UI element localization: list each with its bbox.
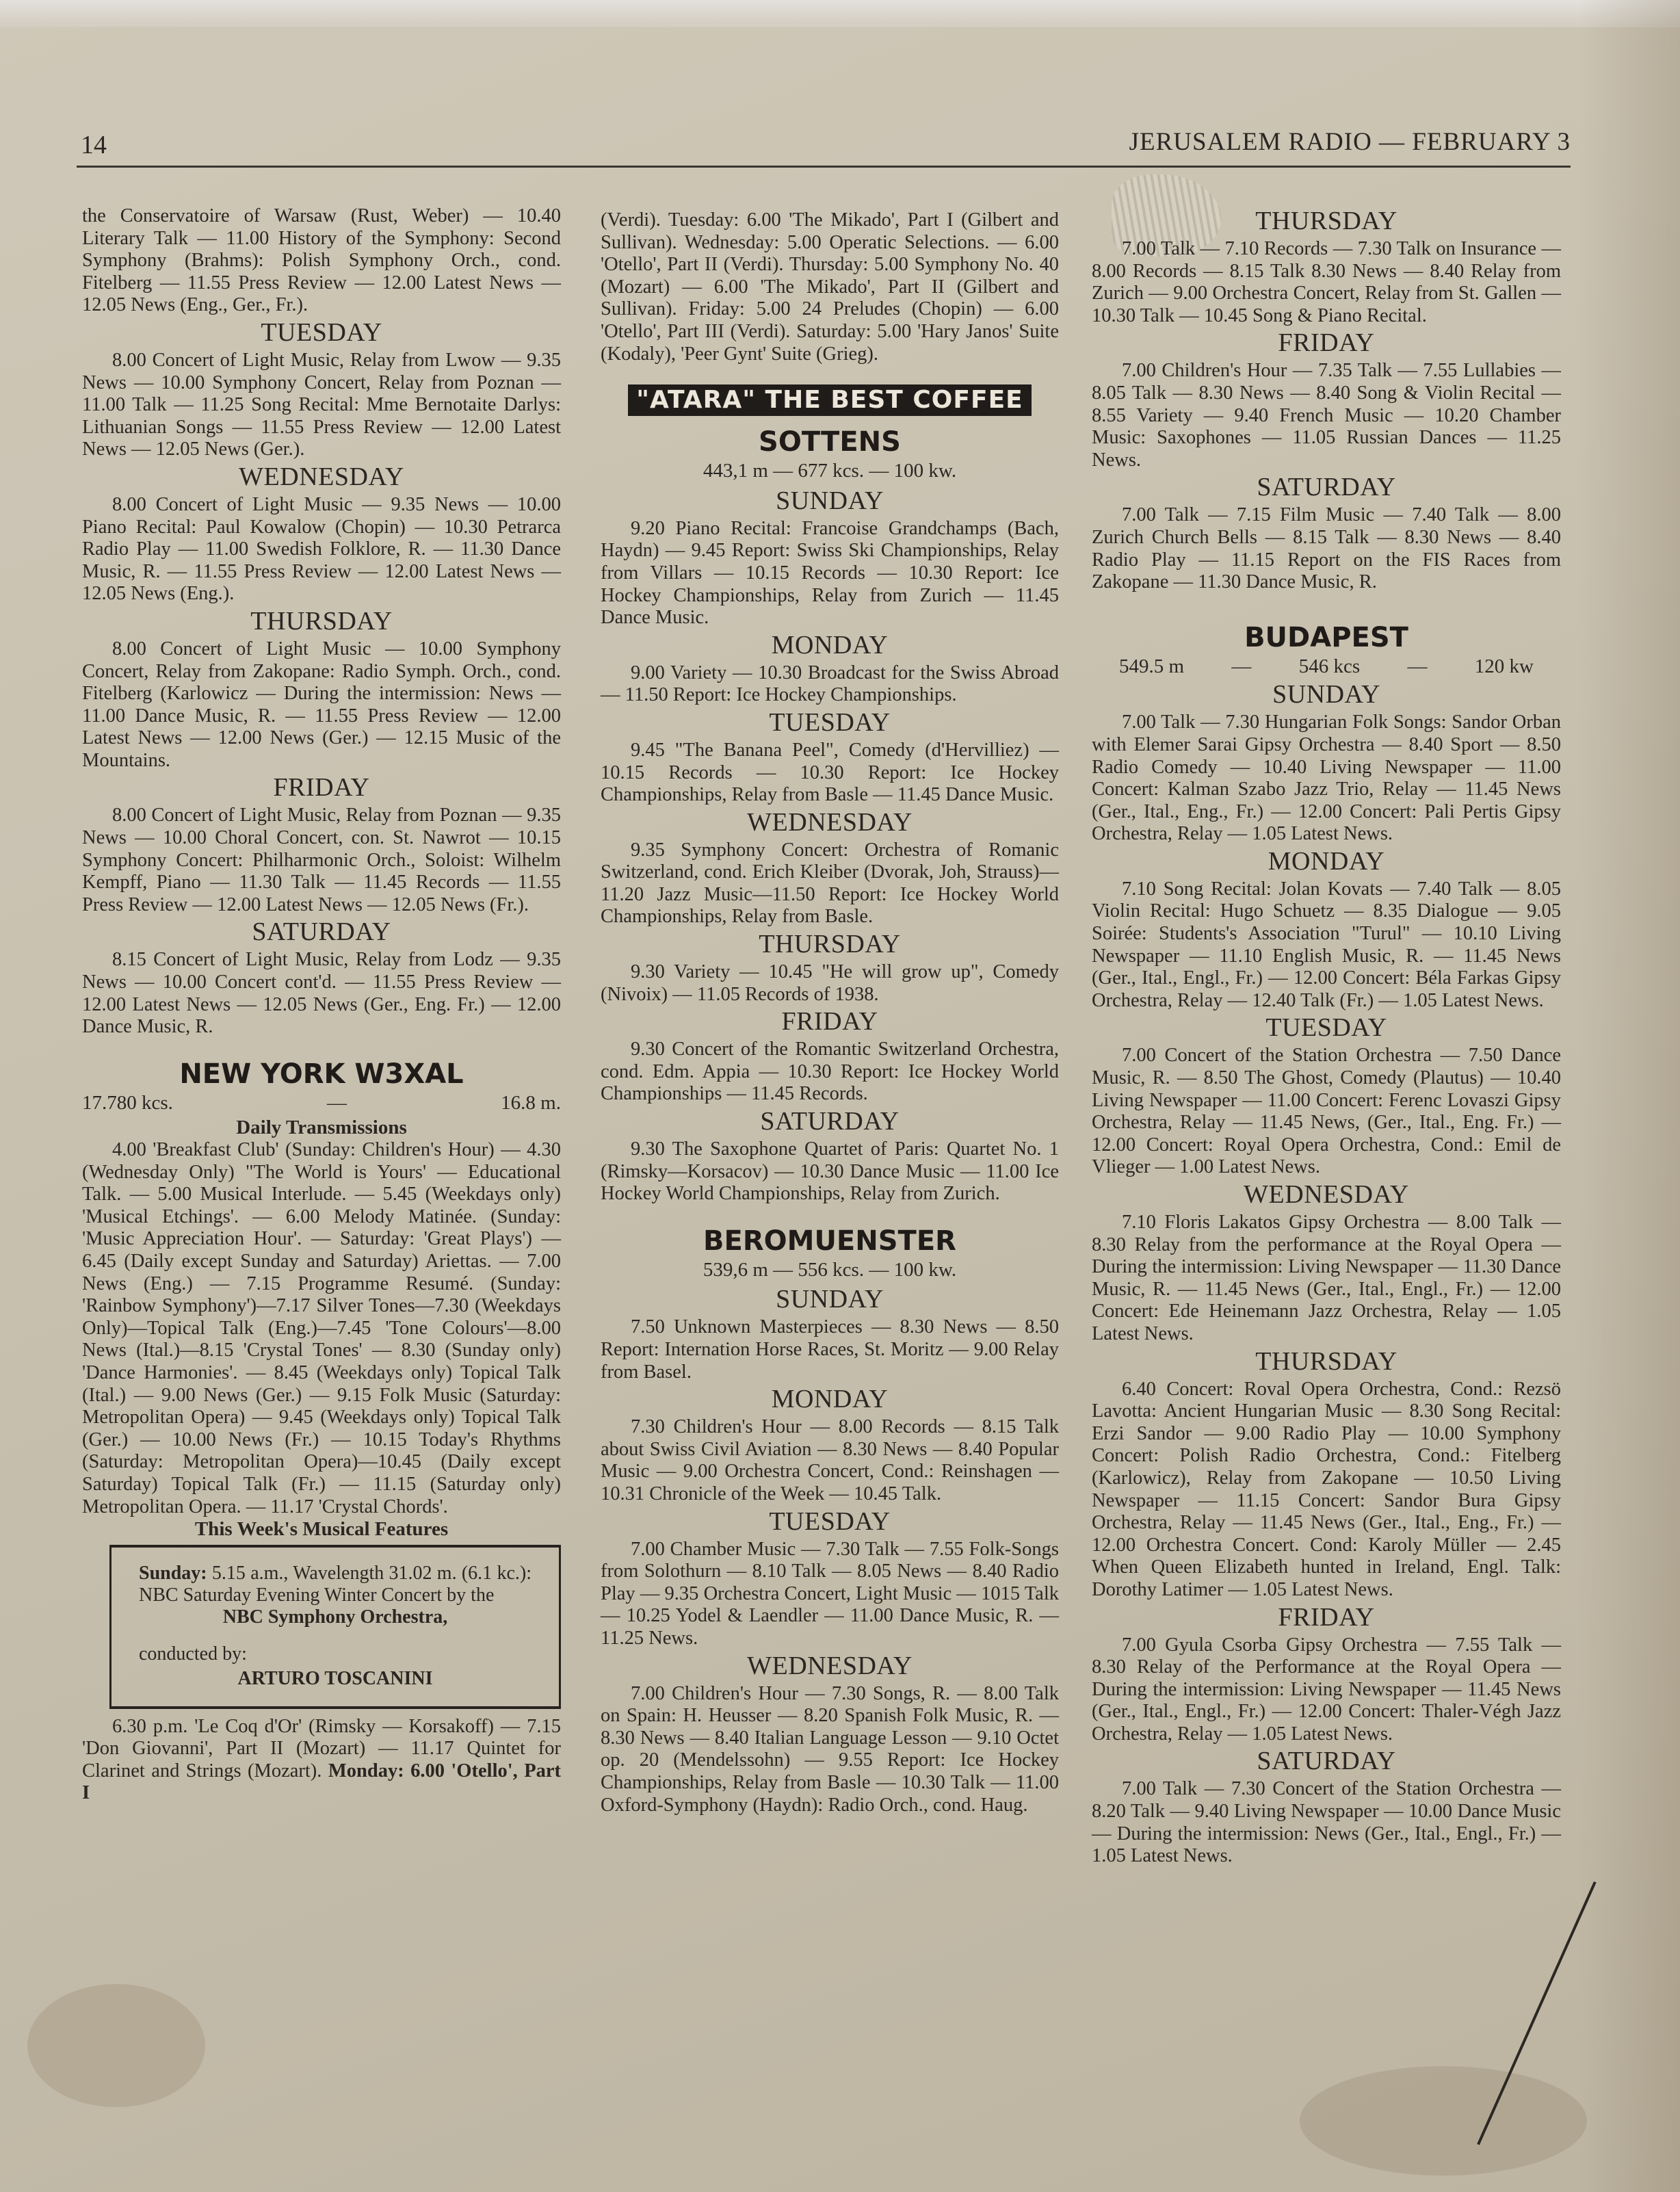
day-schedule: 8.15 Concert of Light Music, Relay from … bbox=[82, 949, 561, 1038]
feature-day-label: Sunday: bbox=[139, 1563, 207, 1584]
day-schedule: 7.00 Concert of the Station Orchestra — … bbox=[1092, 1045, 1561, 1179]
feature-box: Sunday: 5.15 a.m., Wavelength 31.02 m. (… bbox=[109, 1545, 561, 1709]
left-column: the Conservatoire of Warsaw (Rust, Weber… bbox=[82, 205, 561, 1805]
day-heading: SATURDAY bbox=[1092, 1747, 1561, 1775]
day-heading: WEDNESDAY bbox=[1092, 1180, 1561, 1209]
coffee-advertisement: "ATARA" THE BEST COFFEE bbox=[628, 384, 1032, 416]
day-heading: FRIDAY bbox=[601, 1007, 1059, 1036]
paper-stain bbox=[27, 1984, 205, 2107]
middle-column: (Verdi). Tuesday: 6.00 'The Mikado', Par… bbox=[601, 209, 1059, 1816]
day-heading: SUNDAY bbox=[601, 486, 1059, 515]
day-schedule: 7.00 Children's Hour — 7.35 Talk — 7.55 … bbox=[1092, 360, 1561, 471]
day-heading: SATURDAY bbox=[601, 1107, 1059, 1136]
features-continued: 6.30 p.m. 'Le Coq d'Or' (Rimsky — Korsak… bbox=[82, 1716, 561, 1805]
day-schedule: 7.50 Unknown Masterpieces — 8.30 News — … bbox=[601, 1316, 1059, 1383]
feature-conducted-by: conducted by: bbox=[139, 1643, 531, 1665]
day-schedule: 8.00 Concert of Light Music, Relay from … bbox=[82, 805, 561, 916]
running-head: JERUSALEM RADIO — FEBRUARY 3 bbox=[1129, 127, 1571, 157]
day-schedule: 8.00 Concert of Light Music — 9.35 News … bbox=[82, 494, 561, 605]
page-number: 14 bbox=[81, 130, 107, 160]
day-heading: TUESDAY bbox=[601, 1507, 1059, 1536]
frequency-part: — bbox=[1407, 655, 1427, 678]
day-heading: FRIDAY bbox=[1092, 328, 1561, 357]
day-schedule: 7.00 Children's Hour — 7.30 Songs, R. — … bbox=[601, 1683, 1059, 1817]
station-title-budapest: BUDAPEST bbox=[1092, 621, 1561, 654]
day-schedule: 7.00 Gyula Csorba Gipsy Orchestra — 7.55… bbox=[1092, 1634, 1561, 1746]
right-column: THURSDAY7.00 Talk — 7.10 Records — 7.30 … bbox=[1092, 205, 1561, 1868]
sottens-frequency: 443,1 m — 677 kcs. — 100 kw. bbox=[601, 460, 1059, 482]
feature-orchestra: NBC Symphony Orchestra, bbox=[139, 1606, 531, 1628]
warsaw-intro: the Conservatoire of Warsaw (Rust, Weber… bbox=[82, 205, 561, 317]
daily-transmissions-heading: Daily Transmissions bbox=[82, 1117, 561, 1139]
newspaper-page: 14 JERUSALEM RADIO — FEBRUARY 3 the Cons… bbox=[0, 0, 1680, 2192]
day-heading: SUNDAY bbox=[1092, 680, 1561, 709]
day-heading: THURSDAY bbox=[1092, 207, 1561, 235]
day-heading: TUESDAY bbox=[82, 318, 561, 347]
day-heading: MONDAY bbox=[601, 631, 1059, 660]
day-heading: TUESDAY bbox=[601, 708, 1059, 737]
day-schedule: 9.35 Symphony Concert: Orchestra of Roma… bbox=[601, 839, 1059, 928]
page-edge-shadow bbox=[1577, 0, 1680, 2192]
day-schedule: 8.00 Concert of Light Music — 10.00 Symp… bbox=[82, 638, 561, 772]
beromuenster-days-continued: THURSDAY7.00 Talk — 7.10 Records — 7.30 … bbox=[1092, 207, 1561, 594]
background-top-strip bbox=[0, 0, 1680, 27]
day-heading: THURSDAY bbox=[82, 607, 561, 636]
frequency-meters: 16.8 m. bbox=[501, 1092, 561, 1114]
day-heading: THURSDAY bbox=[1092, 1347, 1561, 1376]
warsaw-days: TUESDAY8.00 Concert of Light Music, Rela… bbox=[82, 318, 561, 1039]
day-heading: SUNDAY bbox=[601, 1285, 1059, 1314]
frequency-part: — bbox=[1231, 655, 1251, 678]
day-schedule: 9.00 Variety — 10.30 Broadcast for the S… bbox=[601, 662, 1059, 707]
day-heading: THURSDAY bbox=[601, 930, 1059, 958]
day-schedule: 7.10 Floris Lakatos Gipsy Orchestra — 8.… bbox=[1092, 1212, 1561, 1346]
day-heading: SATURDAY bbox=[82, 917, 561, 946]
station-title-new-york: NEW YORK W3XAL bbox=[82, 1058, 561, 1091]
day-schedule: 9.30 Variety — 10.45 "He will grow up", … bbox=[601, 961, 1059, 1006]
daily-transmissions-text: 4.00 'Breakfast Club' (Sunday: Children'… bbox=[82, 1139, 561, 1518]
station-frequency: 17.780 kcs. — 16.8 m. bbox=[82, 1092, 561, 1114]
beromuenster-frequency: 539,6 m — 556 kcs. — 100 kw. bbox=[601, 1259, 1059, 1281]
day-schedule: 7.00 Talk — 7.30 Hungarian Folk Songs: S… bbox=[1092, 712, 1561, 846]
day-heading: MONDAY bbox=[601, 1385, 1059, 1413]
day-heading: SATURDAY bbox=[1092, 473, 1561, 501]
station-title-sottens: SOTTENS bbox=[601, 426, 1059, 458]
day-schedule: 9.30 The Saxophone Quartet of Paris: Qua… bbox=[601, 1138, 1059, 1205]
day-schedule: 9.45 "The Banana Peel", Comedy (d'Hervil… bbox=[601, 740, 1059, 807]
day-heading: FRIDAY bbox=[1092, 1603, 1561, 1632]
features-continued-mid: (Verdi). Tuesday: 6.00 'The Mikado', Par… bbox=[601, 209, 1059, 365]
day-schedule: 7.00 Talk — 7.10 Records — 7.30 Talk on … bbox=[1092, 238, 1561, 327]
day-heading: WEDNESDAY bbox=[601, 1652, 1059, 1680]
frequency-kcs: 17.780 kcs. bbox=[82, 1092, 173, 1114]
frequency-part: 120 kw bbox=[1475, 655, 1534, 678]
station-title-beromuenster: BEROMUENSTER bbox=[601, 1225, 1059, 1257]
day-heading: TUESDAY bbox=[1092, 1013, 1561, 1042]
day-schedule: 7.00 Talk — 7.15 Film Music — 7.40 Talk … bbox=[1092, 504, 1561, 593]
feature-line: Sunday: 5.15 a.m., Wavelength 31.02 m. (… bbox=[139, 1563, 531, 1606]
frequency-part: 549.5 m bbox=[1119, 655, 1184, 678]
musical-features-heading: This Week's Musical Features bbox=[82, 1518, 561, 1541]
feature-conductor: ARTURO TOSCANINI bbox=[139, 1668, 531, 1690]
day-heading: FRIDAY bbox=[82, 773, 561, 802]
day-schedule: 7.00 Talk — 7.30 Concert of the Station … bbox=[1092, 1778, 1561, 1867]
day-schedule: 9.30 Concert of the Romantic Switzerland… bbox=[601, 1039, 1059, 1106]
budapest-days: SUNDAY7.00 Talk — 7.30 Hungarian Folk So… bbox=[1092, 680, 1561, 1868]
day-heading: MONDAY bbox=[1092, 847, 1561, 876]
day-schedule: 7.10 Song Recital: Jolan Kovats — 7.40 T… bbox=[1092, 878, 1561, 1013]
day-schedule: 7.00 Chamber Music — 7.30 Talk — 7.55 Fo… bbox=[601, 1539, 1059, 1650]
day-heading: WEDNESDAY bbox=[82, 462, 561, 491]
day-schedule: 6.40 Concert: Roval Opera Orchestra, Con… bbox=[1092, 1379, 1561, 1602]
beromuenster-days: SUNDAY7.50 Unknown Masterpieces — 8.30 N… bbox=[601, 1285, 1059, 1816]
budapest-frequency: 549.5 m—546 kcs—120 kw bbox=[1092, 655, 1561, 678]
sottens-days: SUNDAY9.20 Piano Recital: Francoise Gran… bbox=[601, 486, 1059, 1205]
day-schedule: 9.20 Piano Recital: Francoise Grandchamp… bbox=[601, 518, 1059, 629]
day-schedule: 7.30 Children's Hour — 8.00 Records — 8.… bbox=[601, 1416, 1059, 1505]
page-header: 14 JERUSALEM RADIO — FEBRUARY 3 bbox=[77, 130, 1571, 168]
day-heading: WEDNESDAY bbox=[601, 808, 1059, 837]
paper-stain bbox=[1300, 2066, 1587, 2176]
day-schedule: 8.00 Concert of Light Music, Relay from … bbox=[82, 350, 561, 461]
frequency-part: 546 kcs bbox=[1299, 655, 1360, 678]
frequency-separator: — bbox=[327, 1092, 347, 1114]
